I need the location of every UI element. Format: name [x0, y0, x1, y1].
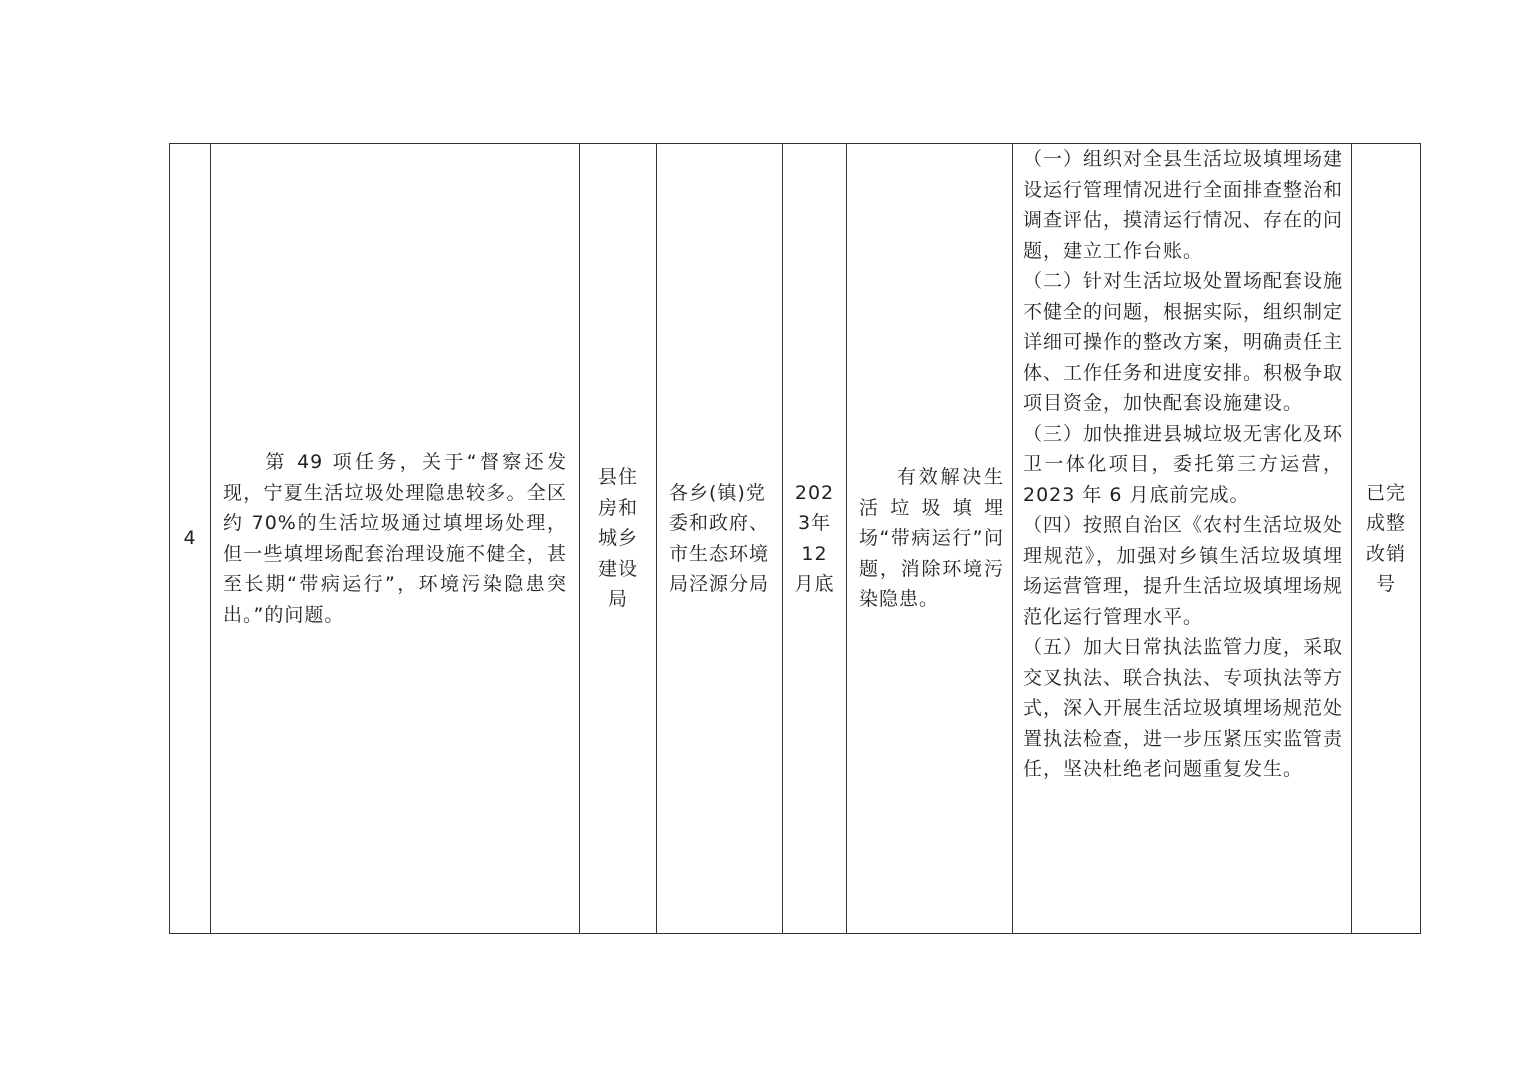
measure-3: （三）加快推进县城垃圾无害化及环卫一体化项目，委托第三方运营，2023 年 6 … [1023, 419, 1343, 511]
issue-text: 第 49 项任务，关于“督察还发现，宁夏生活垃圾处理隐患较多。全区约 70%的生… [223, 451, 567, 626]
row-number: 4 [170, 144, 211, 934]
goal-text: 有效解决生活垃圾填埋场“带病运行”问题，消除环境污染隐患。 [859, 462, 1004, 615]
measure-4: （四）按照自治区《农村生活垃圾处理规范》，加强对乡镇生活垃圾填埋场运营管理，提升… [1023, 510, 1343, 632]
lead-department-text: 县住房和城乡建设局 [590, 462, 646, 615]
table-row: 4 第 49 项任务，关于“督察还发现，宁夏生活垃圾处理隐患较多。全区约 70%… [170, 144, 1421, 934]
deadline-text: 2023年12月底 [792, 478, 838, 600]
goal-cell: 有效解决生活垃圾填埋场“带病运行”问题，消除环境污染隐患。 [847, 144, 1013, 934]
issue-cell: 第 49 项任务，关于“督察还发现，宁夏生活垃圾处理隐患较多。全区约 70%的生… [211, 144, 580, 934]
rectification-table: 4 第 49 项任务，关于“督察还发现，宁夏生活垃圾处理隐患较多。全区约 70%… [169, 143, 1421, 934]
deadline-cell: 2023年12月底 [783, 144, 847, 934]
status-cell: 已完成整改销号 [1352, 144, 1421, 934]
lead-department-cell: 县住房和城乡建设局 [580, 144, 657, 934]
measure-2: （二）针对生活垃圾处置场配套设施不健全的问题，根据实际，组织制定详细可操作的整改… [1023, 266, 1343, 419]
measure-5: （五）加大日常执法监管力度，采取交叉执法、联合执法、专项执法等方式，深入开展生活… [1023, 632, 1343, 785]
cooperating-units-cell: 各乡(镇)党委和政府、市生态环境局泾源分局 [657, 144, 783, 934]
measures-cell: （一）组织对全县生活垃圾填埋场建设运行管理情况进行全面排查整治和调查评估，摸清运… [1013, 144, 1352, 934]
status-text: 已完成整改销号 [1363, 478, 1409, 600]
measure-1: （一）组织对全县生活垃圾填埋场建设运行管理情况进行全面排查整治和调查评估，摸清运… [1023, 144, 1343, 266]
